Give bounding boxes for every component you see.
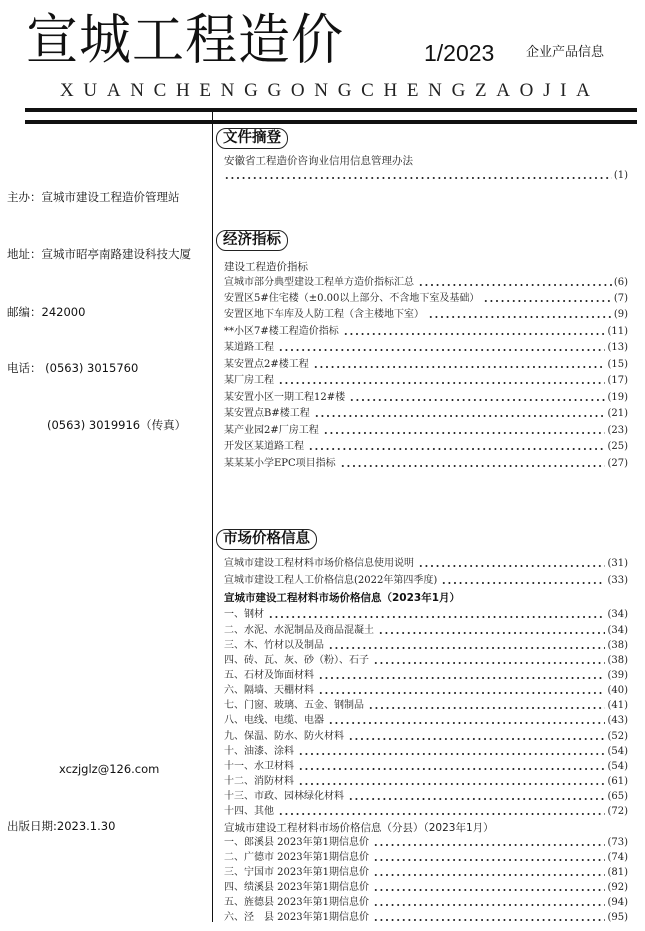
toc-label: 一、郎溪县 2023年第1期信息价 [224, 836, 369, 850]
leader-dots [348, 738, 605, 740]
pinyin-letter: E [199, 80, 211, 102]
toc-page: (25) [607, 440, 628, 454]
section-title-doc-digest: 文件摘登 [216, 128, 288, 149]
phone-info: 电话： (0563) 3015760 [7, 360, 138, 376]
toc-label: 宣城市部分典型建设工程单方造价指标汇总 [224, 276, 414, 290]
toc-item[interactable]: 宣城市部分典型建设工程单方造价指标汇总(6) [224, 276, 628, 290]
section-title-economic-indicators: 经济指标 [216, 230, 288, 251]
leader-dots [323, 432, 606, 434]
toc-page: (40) [607, 684, 628, 698]
toc-item[interactable]: 某厂房工程(17) [224, 374, 628, 388]
pinyin-letter: G [244, 80, 258, 102]
toc-page: (54) [607, 760, 628, 774]
toc-page: (9) [614, 308, 628, 322]
leader-dots [298, 768, 605, 770]
toc-item[interactable]: 六、泾 县 2023年第1期信息价(95) [224, 911, 628, 925]
leader-dots [373, 904, 605, 906]
toc-label: 四、绩溪县 2023年第1期信息价 [224, 881, 369, 895]
toc-page: (81) [607, 866, 628, 880]
toc-item-label[interactable]: 安徽省工程造价咨询业信用信息管理办法 [224, 154, 413, 168]
toc-label: 宣城市建设工程材料市场价格信息使用说明 [224, 557, 414, 571]
materials-heading: 宣城市建设工程材料市场价格信息（2023年1月） [224, 591, 460, 605]
pinyin-letter: E [407, 80, 419, 102]
toc-item[interactable]: 三、宁国市 2023年第1期信息价(81) [224, 866, 628, 880]
toc-item[interactable]: 某安置点B#楼工程(21) [224, 407, 628, 421]
toc-label: 某安置点B#楼工程 [224, 407, 310, 421]
pinyin-letter: X [60, 80, 74, 102]
toc-item[interactable]: 十一、水卫材料(54) [224, 760, 628, 774]
toc-label: 开发区某道路工程 [224, 440, 304, 454]
leader-dots [428, 316, 612, 318]
toc-page: (41) [607, 699, 628, 713]
toc-item[interactable]: 九、保温、防水、防火材料(52) [224, 730, 628, 744]
toc-label: 安置区地下车库及人防工程（含主楼地下室） [224, 308, 424, 322]
leader-dots [278, 382, 605, 384]
toc-label: 宣城市建设工程人工价格信息(2022年第四季度) [224, 574, 437, 588]
county-heading: 宣城市建设工程材料市场价格信息（分县）（2023年1月） [224, 821, 494, 835]
toc-label: 八、电线、电缆、电器 [224, 714, 324, 728]
toc-item[interactable]: 安置区地下车库及人防工程（含主楼地下室）(9) [224, 308, 628, 322]
section-title-market-prices: 市场价格信息 [216, 529, 317, 550]
toc-page: (23) [607, 424, 628, 438]
leader-dots [268, 616, 605, 618]
toc-item[interactable]: 开发区某道路工程(25) [224, 440, 628, 454]
leader-dots [418, 565, 605, 567]
toc-item[interactable]: (1) [224, 169, 628, 183]
toc-item[interactable]: 一、郎溪县 2023年第1期信息价(73) [224, 836, 628, 850]
pinyin-letter: H [383, 80, 397, 102]
toc-page: (92) [607, 881, 628, 895]
toc-label: 十二、消防材料 [224, 775, 294, 789]
toc-item[interactable]: 二、广德市 2023年第1期信息价(74) [224, 851, 628, 865]
toc-item[interactable]: 某道路工程(13) [224, 341, 628, 355]
pinyin-letter: G [338, 80, 352, 102]
toc-label: 五、旌德县 2023年第1期信息价 [224, 896, 369, 910]
toc-label: 某某某小学EPC项目指标 [224, 457, 336, 471]
toc-page: (38) [607, 639, 628, 653]
postcode-info: 邮编：242000 [7, 304, 85, 320]
toc-page: (95) [607, 911, 628, 925]
pinyin-letter: A [576, 80, 590, 102]
toc-page: (6) [614, 276, 628, 290]
toc-label: 某道路工程 [224, 341, 274, 355]
leader-dots [278, 349, 605, 351]
leader-dots [373, 889, 605, 891]
toc-label: 十三、市政、园林绿化材料 [224, 790, 344, 804]
toc-page: (74) [607, 851, 628, 865]
issue-number: 1/2023 [424, 38, 494, 68]
leader-dots [318, 692, 605, 694]
toc-page: (27) [607, 457, 628, 471]
pinyin-letter: G [267, 80, 281, 102]
leader-dots [373, 662, 605, 664]
toc-item[interactable]: 四、砖、瓦、灰、砂（粉）、石子(38) [224, 654, 628, 668]
toc-item[interactable]: 六、隔墙、天棚材料(40) [224, 684, 628, 698]
toc-item[interactable]: 十三、市政、园林绿化材料(65) [224, 790, 628, 804]
leader-dots [418, 284, 612, 286]
leader-dots [378, 632, 605, 634]
toc-item[interactable]: 五、石材及饰面材料(39) [224, 669, 628, 683]
leader-dots [373, 844, 605, 846]
toc-label: 某安置点2#楼工程 [224, 358, 309, 372]
toc-item[interactable]: 某安置小区一期工程12#楼(19) [224, 391, 628, 405]
pinyin-letter: C [361, 80, 374, 102]
address-info: 地址：宣城市昭亭南路建设科技大厦 [7, 246, 191, 262]
toc-page: (43) [607, 714, 628, 728]
sponsor-info: 主办：宣城市建设工程造价管理站 [7, 189, 180, 205]
email-link[interactable]: xczjglz@126.com [59, 761, 159, 777]
toc-item[interactable]: 四、绩溪县 2023年第1期信息价(92) [224, 881, 628, 895]
toc-page: (72) [607, 805, 628, 819]
publish-date: 出版日期:2023.1.30 [7, 818, 115, 834]
toc-item[interactable]: 某某某小学EPC项目指标(27) [224, 457, 628, 471]
toc-label: 二、水泥、水泥制品及商品混凝土 [224, 624, 374, 638]
toc-label: 三、木、竹材以及制品 [224, 639, 324, 653]
toc-label: 六、隔墙、天棚材料 [224, 684, 314, 698]
toc-label: 三、宁国市 2023年第1期信息价 [224, 866, 369, 880]
subsection-title: 建设工程造价指标 [224, 260, 308, 274]
pinyin-letter: A [496, 80, 510, 102]
pinyin-subtitle: X U A N C H E N G G O N G C H E N G Z A … [60, 80, 590, 102]
toc-item[interactable]: 五、旌德县 2023年第1期信息价(94) [224, 896, 628, 910]
toc-item[interactable]: 某安置点2#楼工程(15) [224, 358, 628, 372]
toc-item[interactable]: 八、电线、电缆、电器(43) [224, 714, 628, 728]
leader-dots [373, 859, 605, 861]
column-divider [212, 112, 213, 922]
leader-dots [298, 783, 605, 785]
leader-dots [368, 707, 605, 709]
pinyin-letter: H [176, 80, 190, 102]
toc-page: (15) [607, 358, 628, 372]
toc-page: (52) [607, 730, 628, 744]
header-rule-bottom [25, 120, 637, 124]
pinyin-letter: J [543, 80, 550, 102]
toc-item[interactable]: 十四、其他(72) [224, 805, 628, 819]
pinyin-letter: G [452, 80, 466, 102]
toc-page: (21) [607, 407, 628, 421]
toc-page: (33) [607, 574, 628, 588]
product-info-label: 企业产品信息 [526, 44, 604, 62]
toc-page: (73) [607, 836, 628, 850]
leader-dots [224, 177, 612, 179]
leader-dots [328, 647, 605, 649]
toc-item[interactable]: 二、水泥、水泥制品及商品混凝土(34) [224, 624, 628, 638]
toc-label: 五、石材及饰面材料 [224, 669, 314, 683]
toc-label: 九、保温、防水、防火材料 [224, 730, 344, 744]
pinyin-letter: O [520, 80, 534, 102]
toc-page: (1) [614, 169, 628, 183]
toc-label: 四、砖、瓦、灰、砂（粉）、石子 [224, 654, 369, 668]
leader-dots [318, 677, 605, 679]
toc-label: 安置区5#住宅楼（±0.00以上部分、不含地下室及基础） [224, 292, 479, 306]
toc-item[interactable]: 一、钢材(34) [224, 608, 628, 622]
toc-item[interactable]: 某产业园2#厂房工程(23) [224, 424, 628, 438]
header-rule-top [25, 108, 637, 112]
toc-item[interactable]: **小区7#楼工程造价指标(11) [224, 325, 628, 339]
toc-item[interactable]: 三、木、竹材以及制品(38) [224, 639, 628, 653]
leader-dots [298, 753, 605, 755]
toc-item[interactable]: 十、油漆、涂料(54) [224, 745, 628, 759]
leader-dots [313, 366, 606, 368]
pinyin-letter: I [560, 80, 566, 102]
toc-label: 二、广德市 2023年第1期信息价 [224, 851, 369, 865]
leader-dots [308, 448, 605, 450]
leader-dots [349, 399, 605, 401]
toc-page: (39) [607, 669, 628, 683]
toc-page: (31) [607, 557, 628, 571]
magazine-title: 宣城工程造价 [26, 4, 344, 78]
toc-label: 一、钢材 [224, 608, 264, 622]
toc-page: (7) [614, 292, 628, 306]
toc-page: (61) [607, 775, 628, 789]
toc-page: (17) [607, 374, 628, 388]
leader-dots [483, 300, 611, 302]
pinyin-letter: A [107, 80, 121, 102]
pinyin-letter: C [154, 80, 167, 102]
pinyin-letter: N [130, 80, 144, 102]
toc-page: (94) [607, 896, 628, 910]
leader-dots [373, 874, 605, 876]
toc-item[interactable]: 安置区5#住宅楼（±0.00以上部分、不含地下室及基础）(7) [224, 292, 628, 306]
toc-page: (19) [607, 391, 628, 405]
toc-page: (13) [607, 341, 628, 355]
leader-dots [441, 582, 605, 584]
pinyin-letter: N [428, 80, 442, 102]
toc-label: 十、油漆、涂料 [224, 745, 294, 759]
leader-dots [373, 919, 605, 921]
toc-label: 七、门窗、玻璃、五金、钢制品 [224, 699, 364, 713]
toc-label: 某产业园2#厂房工程 [224, 424, 319, 438]
pinyin-letter: U [83, 80, 97, 102]
toc-page: (11) [607, 325, 628, 339]
toc-label: **小区7#楼工程造价指标 [224, 325, 339, 339]
toc-page: (34) [607, 624, 628, 638]
toc-label: 十一、水卫材料 [224, 760, 294, 774]
toc-item[interactable]: 宣城市建设工程人工价格信息(2022年第四季度)(33) [224, 574, 628, 588]
pinyin-letter: Z [475, 80, 487, 102]
toc-page: (34) [607, 608, 628, 622]
toc-label: 六、泾 县 2023年第1期信息价 [224, 911, 369, 925]
fax-info: (0563) 3019916（传真） [47, 417, 186, 433]
pinyin-letter: N [221, 80, 235, 102]
toc-label: 某厂房工程 [224, 374, 274, 388]
toc-item[interactable]: 十二、消防材料(61) [224, 775, 628, 789]
toc-label: 十四、其他 [224, 805, 274, 819]
toc-page: (65) [607, 790, 628, 804]
leader-dots [328, 722, 605, 724]
leader-dots [343, 333, 606, 335]
toc-label: 某安置小区一期工程12#楼 [224, 391, 345, 405]
leader-dots [348, 798, 605, 800]
leader-dots [340, 465, 606, 467]
leader-dots [314, 415, 606, 417]
toc-page: (38) [607, 654, 628, 668]
toc-item[interactable]: 宣城市建设工程材料市场价格信息使用说明(31) [224, 557, 628, 571]
toc-page: (54) [607, 745, 628, 759]
toc-item[interactable]: 七、门窗、玻璃、五金、钢制品(41) [224, 699, 628, 713]
pinyin-letter: N [314, 80, 328, 102]
pinyin-letter: O [291, 80, 305, 102]
leader-dots [278, 813, 605, 815]
